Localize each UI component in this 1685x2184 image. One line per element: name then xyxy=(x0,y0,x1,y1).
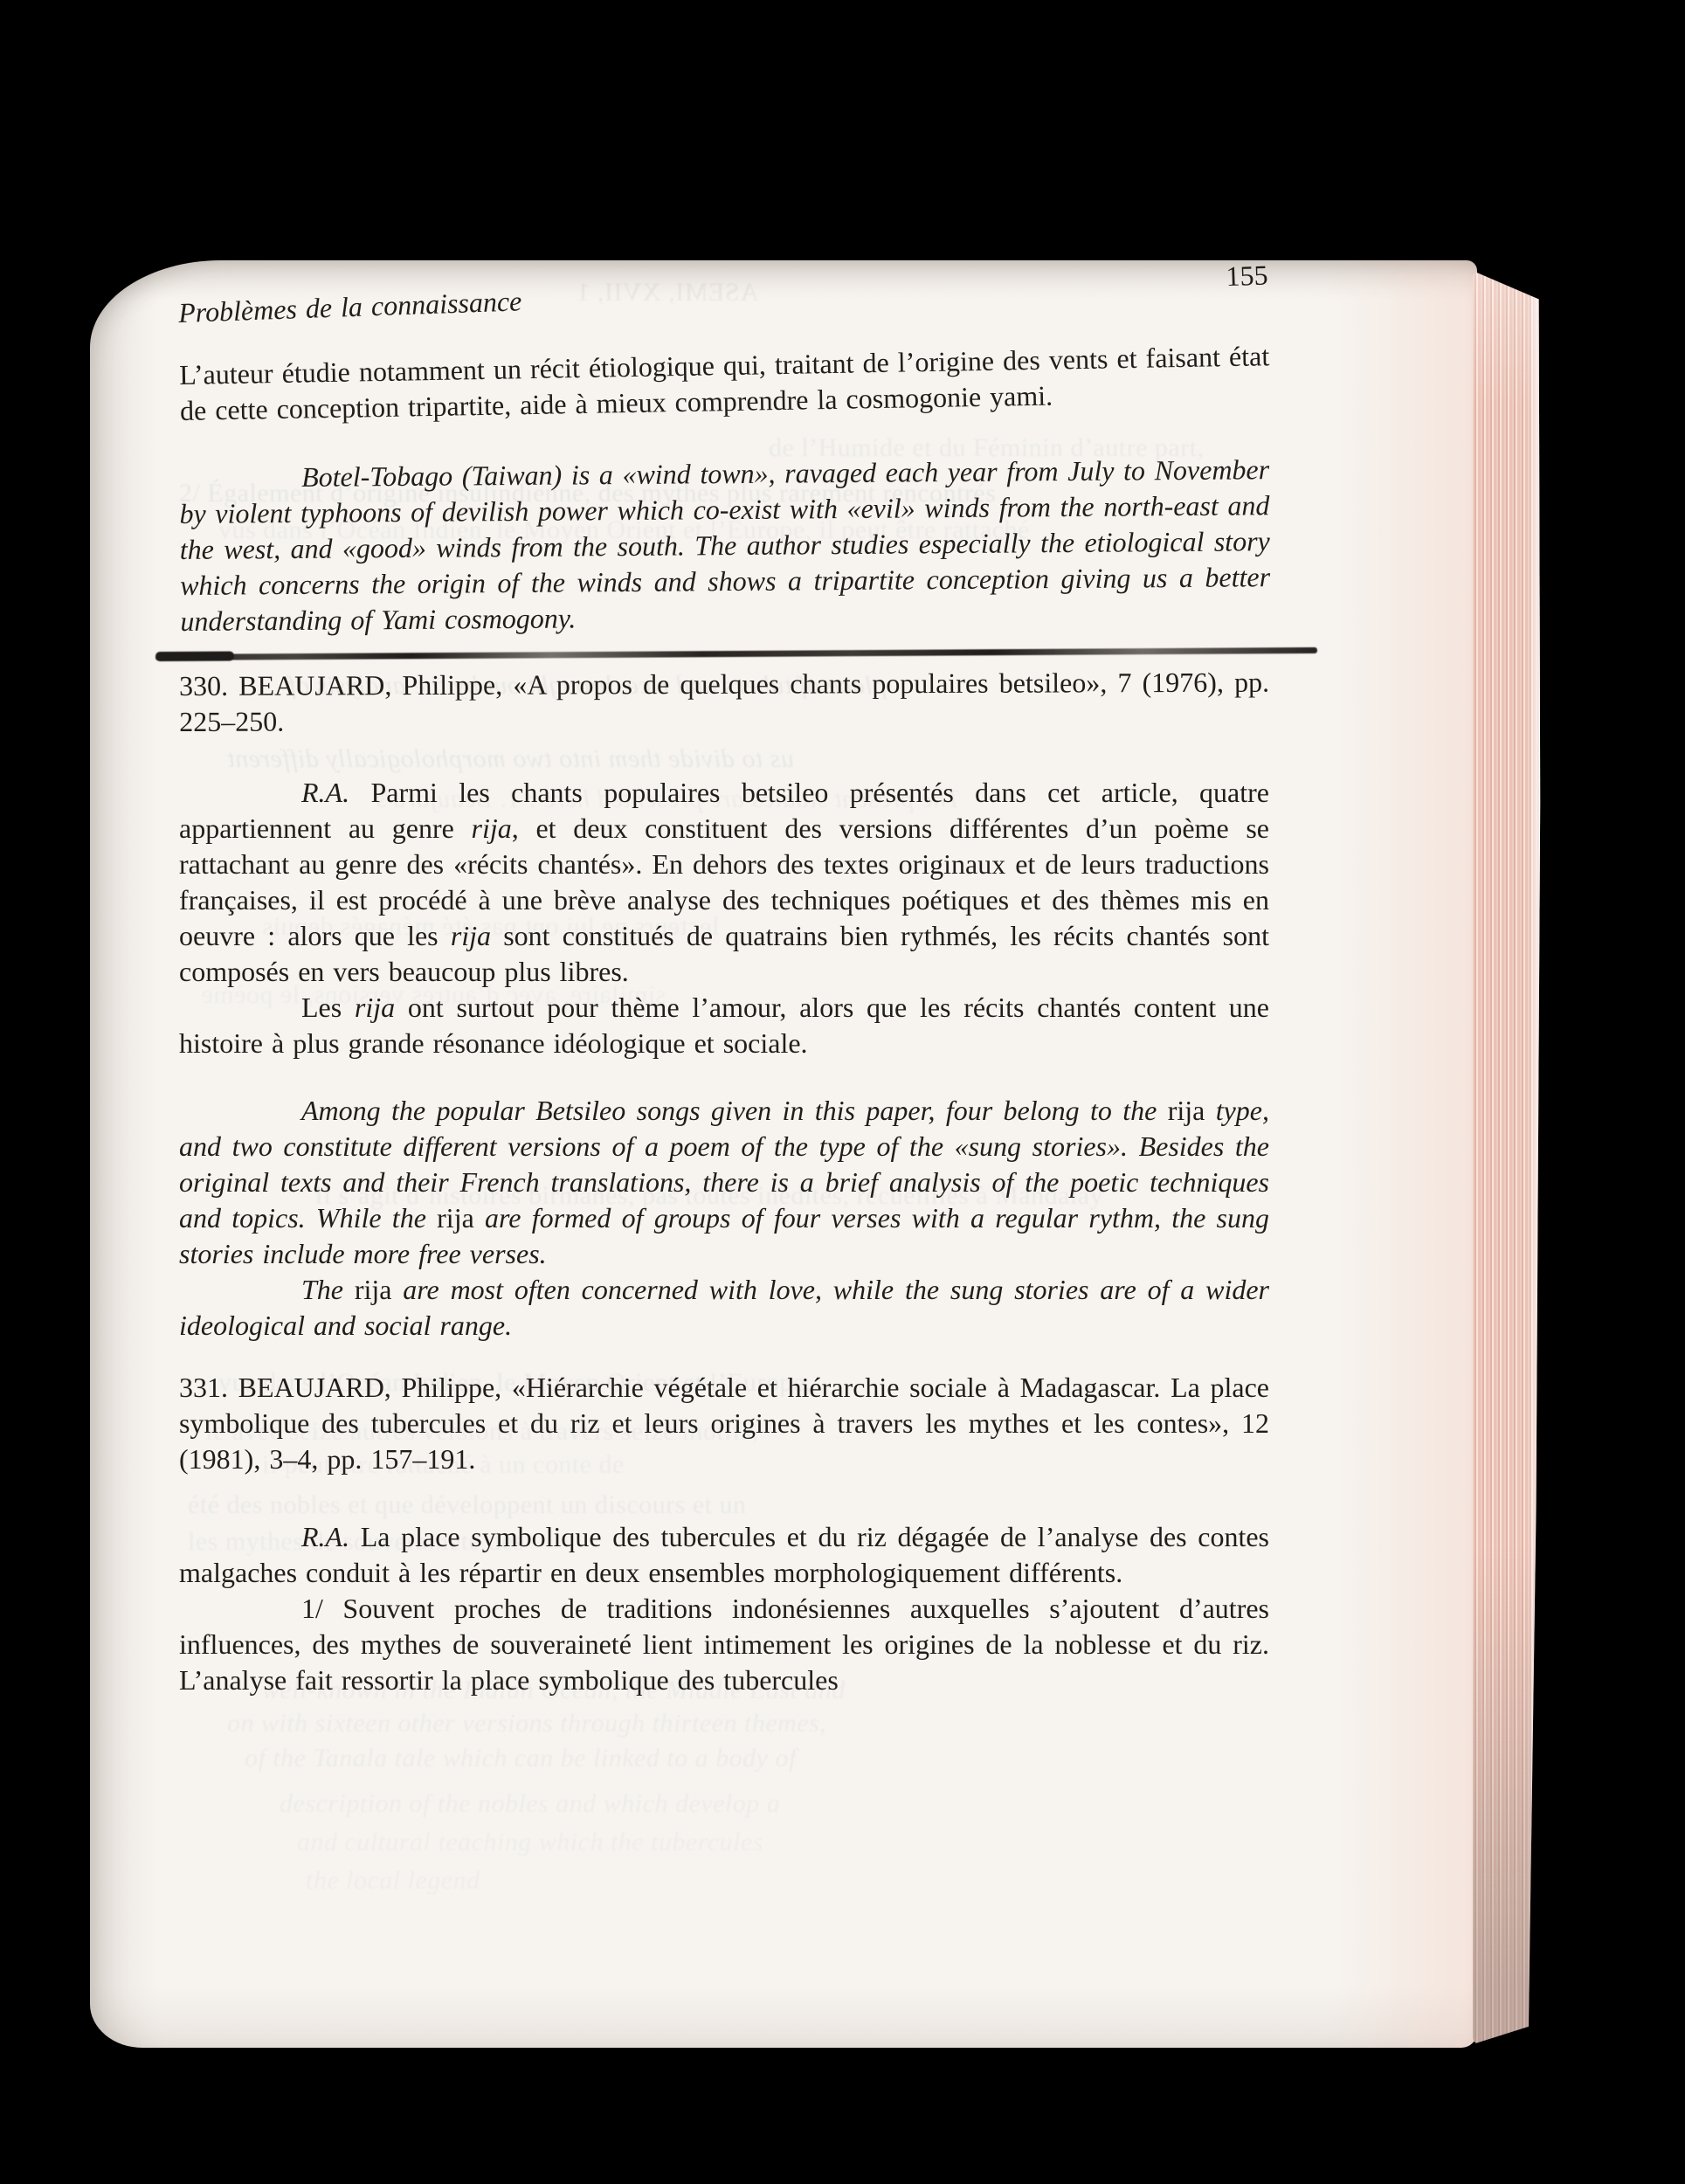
text-run: 331. BEAUJARD, Philippe, «Hiérarchie vég… xyxy=(179,1372,1269,1475)
book-fore-edge-pages xyxy=(1473,271,1541,2044)
text-run: Les xyxy=(301,992,355,1023)
paragraph-english-abstract-botel-tobago: Botel-Tobago (Taiwan) is a «wind town», … xyxy=(179,452,1271,639)
text-run: rija xyxy=(437,1202,474,1234)
photo-of-book-page: { "page": { "header": { "title": "Problè… xyxy=(0,0,1685,2184)
text-run: L’auteur étudie notamment un récit étiol… xyxy=(179,340,1269,426)
text-run: 330. BEAUJARD, Philippe, «A propos de qu… xyxy=(179,667,1269,737)
text-run: rija xyxy=(1168,1095,1205,1126)
bibliography-entry-331: 331. BEAUJARD, Philippe, «Hiérarchie vég… xyxy=(179,1370,1269,1477)
text-run: Botel-Tobago (Taiwan) is a «wind town», … xyxy=(179,453,1270,637)
paragraph-resume-analytique-331: R.A. La place symbolique des tubercules … xyxy=(179,1519,1269,1591)
text-run: R.A. xyxy=(301,1521,349,1552)
paragraph-les-rija: Les rija ont surtout pour thème l’amour,… xyxy=(179,990,1269,1061)
fore-edge-shading xyxy=(1473,271,1541,2044)
text-run: R.A. xyxy=(301,777,349,808)
text-run: Among the popular Betsileo songs given i… xyxy=(301,1095,1168,1126)
text-run: 1/ Souvent proches de traditions indonés… xyxy=(179,1593,1269,1696)
paragraph-point-1-souvent-proches: 1/ Souvent proches de traditions indonés… xyxy=(179,1591,1269,1698)
text-run: The xyxy=(301,1274,355,1305)
bibliography-entry-330: 330. BEAUJARD, Philippe, «A propos de qu… xyxy=(179,665,1269,740)
text-run: rija xyxy=(355,1274,392,1305)
paragraph-english-abstract-among-songs: Among the popular Betsileo songs given i… xyxy=(179,1093,1269,1272)
text-run: rija xyxy=(451,920,491,951)
page-number: 155 xyxy=(1226,257,1268,294)
paragraph-resume-analytique-330: R.A. Parmi les chants populaires betsile… xyxy=(179,775,1269,990)
paragraph-english-abstract-the-rija: The rija are most often concerned with l… xyxy=(179,1272,1269,1344)
printed-text-block: Problèmes de la connaissance 155 L’auteu… xyxy=(179,295,1269,1698)
text-run: rija xyxy=(472,812,512,844)
text-run: rija xyxy=(355,992,395,1023)
paragraph-french-summary-continued: L’auteur étudie notamment un récit étiol… xyxy=(179,338,1270,429)
